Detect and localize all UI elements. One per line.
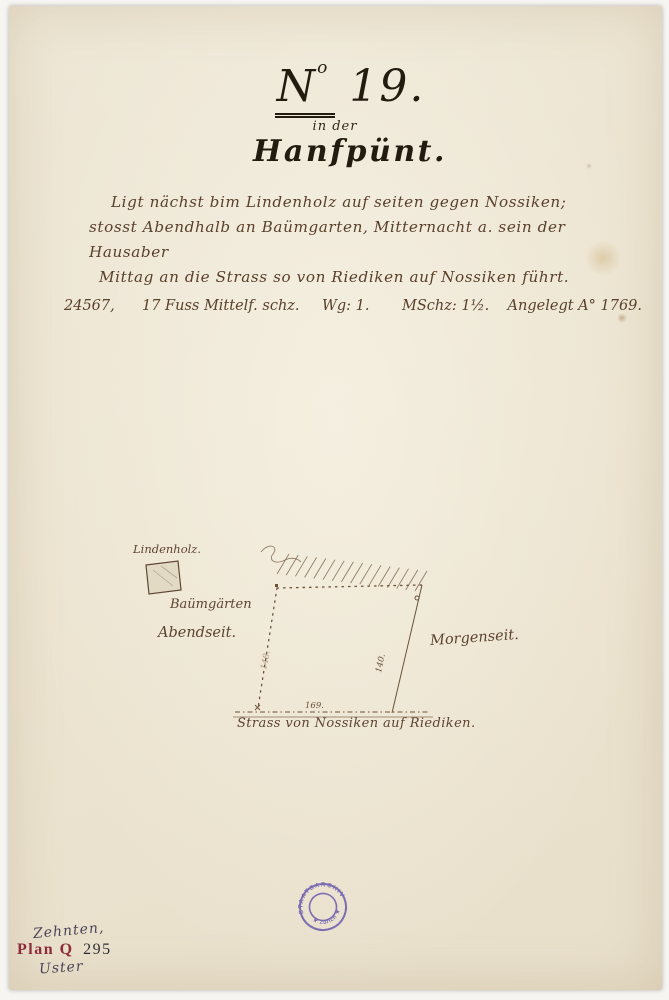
municipality-note: Uster [38, 958, 84, 977]
description-line: stosst Abendhalb an Baümgarten, Mitterna… [89, 215, 645, 265]
corner-mark-top-right [415, 596, 419, 600]
measurement-row: 24567, 17 Fuss Mittelf. schz. Wg: 1. MSc… [64, 298, 642, 324]
left-edge-length: 148. [259, 650, 273, 671]
collection-note: Zehnten, [32, 920, 105, 942]
date-created: Angelegt A° 1769. [508, 298, 642, 314]
plan-sheet: No19. in der Hanfpünt. Ligt nächst bim L… [9, 6, 662, 990]
plan-number: 295 [83, 941, 112, 958]
place-name: Hanfpünt. [215, 134, 485, 169]
measurement-mschz: MSchz: 1½. [402, 298, 489, 314]
road-label: Strass von Nossiken auf Riediken. [237, 716, 476, 731]
title-number-sign: No [275, 61, 336, 118]
bottom-edge-length: 169. [305, 701, 324, 711]
description-line: Mittag an die Strass so von Riediken auf… [99, 265, 645, 290]
right-edge-length: 140. [374, 653, 388, 674]
stamp-arc-bottom-text: ★ Zürich ★ [309, 906, 345, 931]
page-title: No19. [230, 58, 470, 112]
scan-background: No19. in der Hanfpünt. Ligt nächst bim L… [0, 0, 669, 1000]
measurement-detail: 17 Fuss Mittelf. schz. [142, 298, 300, 314]
staatsarchiv-stamp: STAATSARCHIV ★ Zürich ★ [296, 880, 350, 934]
corner-mark-bottom-left [255, 705, 260, 710]
plan-number-stamp: Plan Q 295 [17, 941, 112, 959]
slope-hachures [277, 554, 427, 591]
corner-mark-top-left [275, 584, 278, 587]
west-side-label: Abendseit. [158, 625, 236, 641]
plan-prefix: Plan Q [17, 941, 74, 958]
title-letter: N [277, 61, 318, 112]
svg-text:★ Zürich ★: ★ Zürich ★ [309, 906, 345, 931]
parcel-top-edge [277, 585, 422, 588]
parcel-right-edge [392, 585, 422, 713]
measurement-wg: Wg: 1. [322, 298, 370, 314]
description-line: Ligt nächst bim Lindenholz auf seiten ge… [111, 190, 645, 215]
title-number: 19. [349, 61, 425, 112]
parcel-left-edge [258, 588, 277, 708]
title-subtitle: in der [280, 119, 390, 134]
title-ordinal: o [317, 58, 329, 78]
parcel-area-value: 24567, [64, 298, 115, 314]
lindenholz-label: Lindenholz. [133, 542, 201, 556]
description-paragraph: Ligt nächst bim Lindenholz auf seiten ge… [89, 190, 645, 290]
baumgarten-label: Baümgärten [170, 597, 252, 612]
